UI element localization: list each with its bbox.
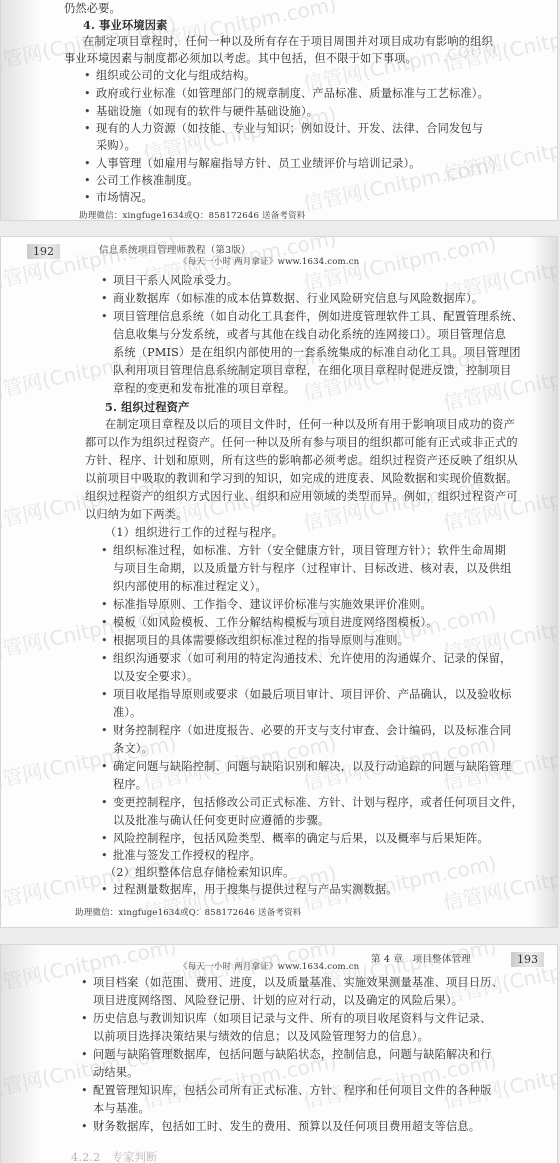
header-slogan: 《每天一小时 两月拿证》www.1634.com.cn xyxy=(179,960,359,974)
bullet-continuation: 章程的变更和发布批准的项目章程。 xyxy=(113,382,295,396)
bullet-item: 组织标准过程，如标准、方针（安全健康方针，项目管理方针）；软件生命周期 xyxy=(113,544,506,558)
page-footer-note: 助理微信：xingfuge1634或Q：858172646 送备考资料 xyxy=(75,906,302,920)
bullet-item: 风险控制程序，包括风险类型、概率的确定与后果，以及概率与后果矩阵。 xyxy=(113,832,489,846)
paragraph-line: 在制定项目章程时，任何一种以及所有存在于项目周围并对项目成功有影响的组织 xyxy=(83,35,493,49)
bullet-continuation: 本与基准。 xyxy=(93,1102,150,1116)
bullet-item: 变更控制程序，包括修改公司正式标准、方针、计划与程序，或者任何项目文件， xyxy=(113,796,523,810)
bullet-item: 基础设施（如现有的软件与硬件基础设施）。 xyxy=(96,105,318,119)
bullet-item: 组织沟通要求（如可利用的特定沟通技术、允许使用的沟通媒介、记录的保留， xyxy=(113,652,512,666)
bullet-continuation: 以前项目选择决策结果与绩效的信息；以及风险管理努力的信息）。 xyxy=(93,1030,429,1044)
bullet-continuation: 条文）。 xyxy=(113,742,153,756)
bullet-item: 历史信息与教训知识库（如项目记录与文件、所有的项目收尾资料与文件记录、 xyxy=(93,1012,492,1026)
bullet-continuation: 以及安全要求）。 xyxy=(113,670,199,684)
subsection-heading: （1）组织进行工作的过程与程序。 xyxy=(105,526,283,540)
paragraph-line: 都可以作为组织过程资产。任何一种以及所有参与项目的组织都可能有正式或非正式的 xyxy=(85,436,518,450)
bullet-item: 项目收尾指导原则或要求（如最后项目审计、项目评价、产品确认，以及验收标 xyxy=(113,688,512,702)
bullet-continuation: 程序。 xyxy=(113,778,147,792)
paragraph-line: 方针、程序、计划和原则，所有这些的影响都必须考虑。组织过程资产还反映了组织从 xyxy=(85,454,518,468)
bullet-item: 公司工作核准制度。 xyxy=(96,174,199,188)
chapter-title: 第 4 章 项目整体管理 xyxy=(371,953,471,967)
section-heading-partial: 4.2.2 专家判断 xyxy=(71,1151,157,1163)
paragraph-line: 以归纳为如下两类。 xyxy=(85,508,188,522)
page-192: 192 信息系统项目管理师教程（第3版） 《每天一小时 两月拿证》www.163… xyxy=(0,236,558,928)
bullet-item: 问题与缺陷管理数据库，包括问题与缺陷状态，控制信息，问题与缺陷解决和行 xyxy=(93,1048,492,1062)
bullet-continuation: 动结果。 xyxy=(93,1066,139,1080)
bullet-continuation: 项目进度网络图、风险登记册、计划的应对行动，以及确定的风险后果）。 xyxy=(93,994,463,1008)
bullet-item: 模板（如风险模板、工作分解结构模板与项目进度网络图模板）。 xyxy=(113,616,438,630)
watermark: 信管网(Cnitpm.com) xyxy=(300,847,499,916)
page-193: 《每天一小时 两月拿证》www.1634.com.cn 第 4 章 项目整体管理… xyxy=(0,944,558,1163)
bullet-item: 批准与签发工作授权的程序。 xyxy=(113,849,261,863)
bullet-continuation: 信息收集与分发系统，或者与其他在线自动化系统的连网接口）。项目管理信息 xyxy=(113,328,506,342)
bullet-item: 项目干系人风险承受力。 xyxy=(113,274,238,288)
bullet-item: 政府或行业标准（如管理部门的规章制度、产品标准、质量标准与工艺标准）。 xyxy=(96,87,489,101)
paragraph-line: 事业环境因素与制度都必须加以考虑。其中包括，但不限于如下事项。 xyxy=(64,52,417,66)
bullet-item: 现有的人力资源（如技能、专业与知识；例如设计、开发、法律、合同发包与 xyxy=(96,122,483,136)
bullet-item: 商业数据库（如标准的成本估算数据、行业风险研究信息与风险数据库）。 xyxy=(113,292,483,306)
scan-shadow xyxy=(1,945,41,1163)
section-heading: 5. 组织过程资产 xyxy=(105,400,190,414)
bullet-item: 财务控制程序（如进度报告、必要的开支与支付审查、会计编码，以及标准合同 xyxy=(113,724,512,738)
bullet-item: 组织或公司的文化与组成结构。 xyxy=(96,69,255,83)
bullet-item: 根据项目的具体需要修改组织标准过程的指导原则与准则。 xyxy=(113,634,409,648)
subsection-heading: （2）组织整体信息存储检索知识库。 xyxy=(105,866,295,880)
page-footer-note: 助理微信：xingfuge1634或Q：858172646 送备考资料 xyxy=(79,209,306,221)
bullet-item: 项目管理信息系统（如自动化工具套件，例如进度管理软件工具、配置管理系统、 xyxy=(113,310,523,324)
text-line: 仍然必要。 xyxy=(64,2,121,16)
bullet-item: 财务数据库，包括如工时、发生的费用、预算以及任何项目费用超支等信息。 xyxy=(93,1120,480,1134)
bullet-item: 项目档案（如范围、费用、进度，以及质量基准、实施效果测量基准、项目日历、 xyxy=(93,976,503,990)
bullet-item: 人事管理（如雇用与解雇指导方针、员工业绩评价与培训记录）。 xyxy=(96,157,421,171)
header-slogan: 《每天一小时 两月拿证》www.1634.com.cn xyxy=(179,255,359,269)
bullet-continuation: 队利用项目管理信息系统制定项目章程，在细化项目章程时促进反馈，控制项目 xyxy=(113,364,512,378)
bullet-continuation: 以及批准与确认任何变更时应遵循的步骤。 xyxy=(113,814,329,828)
scan-shadow xyxy=(531,237,557,927)
bullet-item: 标准指导原则、工作指令、建议评价标准与实施效果评价准则。 xyxy=(113,598,432,612)
bullet-continuation: 采购）。 xyxy=(96,139,136,153)
paragraph-line: 在制定项目章程及以后的项目文件时，任何一种以及所有用于影响项目成功的资产 xyxy=(105,418,515,432)
page-number: 193 xyxy=(511,952,544,967)
section-heading: 4. 事业环境因素 xyxy=(83,18,168,32)
bullet-continuation: 系统（PMIS）是在组织内部使用的一套系统集成的标准自动化工具。项目管理团 xyxy=(113,346,521,360)
bullet-continuation: 织内部使用的标准过程定义）。 xyxy=(113,580,267,594)
scan-shadow xyxy=(1,0,41,220)
bullet-item: 确定问题与缺陷控制、问题与缺陷识别和解决，以及行动追踪的问题与缺陷管理 xyxy=(113,760,512,774)
page-fragment-top: 仍然必要。 4. 事业环境因素 在制定项目章程时，任何一种以及所有存在于项目周围… xyxy=(0,0,558,221)
bullet-continuation: 与项目生命期，以及质量方针与程序（过程审计、目标改进、核对表，以及供组 xyxy=(113,562,512,576)
bullet-item: 市场情况。 xyxy=(96,191,153,205)
paragraph-line: 组织过程资产的组织方式因行业、组织和应用领域的类型而异。例如，组织过程资产可 xyxy=(85,490,518,504)
paragraph-line: 以前项目中吸取的教训和学习到的知识，如完成的进度表、风险数据和实现价值数据。 xyxy=(85,472,518,486)
page-number: 192 xyxy=(27,244,60,259)
bullet-item: 过程测量数据库，用于搜集与提供过程与产品实测数据。 xyxy=(113,883,398,897)
bullet-continuation: 准）。 xyxy=(113,706,142,720)
bullet-item: 配置管理知识库，包括公司所有正式标准、方针、程序和任何项目文件的各种版 xyxy=(93,1084,492,1098)
